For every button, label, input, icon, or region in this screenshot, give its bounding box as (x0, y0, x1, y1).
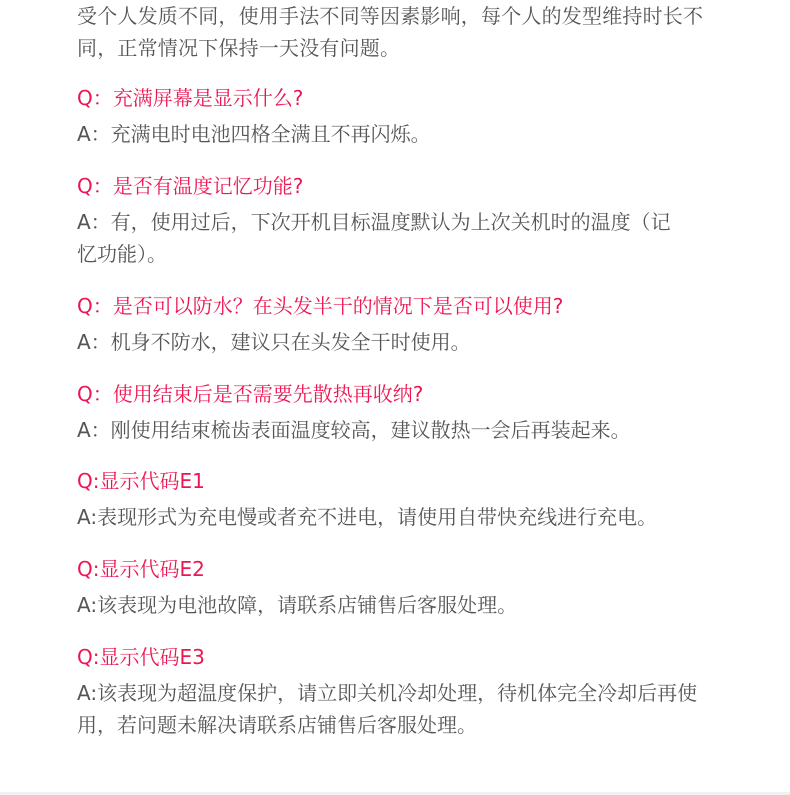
faq-answer: A：机身不防水，建议只在头发全干时使用。 (77, 326, 767, 358)
faq-question: Q：是否有温度记忆功能? (77, 170, 767, 202)
faq-answer: A:该表现为超温度保护，请立即关机冷却处理，待机体完全冷却后再使用，若问题未解决… (77, 677, 717, 741)
faq-item: Q：是否有温度记忆功能? A：有，使用过后，下次开机目标温度默认为上次关机时的温… (77, 170, 767, 270)
faq-question: Q:显示代码E1 (77, 465, 767, 497)
faq-question: Q：是否可以防水？在头发半干的情况下是否可以使用? (77, 290, 767, 322)
faq-question: Q：充满屏幕是显示什么? (77, 82, 767, 114)
faq-item: Q:显示代码E3 A:该表现为超温度保护，请立即关机冷却处理，待机体完全冷却后再… (77, 641, 767, 741)
faq-question: Q:显示代码E2 (77, 553, 767, 585)
faq-answer: A:表现形式为充电慢或者充不进电，请使用自带快充线进行充电。 (77, 501, 767, 533)
intro-paragraph: 受个人发质不同，使用手法不同等因素影响，每个人的发型维持时长不同，正常情况下保持… (77, 0, 727, 64)
faq-answer: A：有，使用过后，下次开机目标温度默认为上次关机时的温度（记忆功能）。 (77, 206, 687, 270)
faq-item: Q：是否可以防水？在头发半干的情况下是否可以使用? A：机身不防水，建议只在头发… (77, 290, 767, 358)
faq-item: Q：使用结束后是否需要先散热再收纳? A：刚使用结束梳齿表面温度较高，建议散热一… (77, 378, 767, 446)
faq-question: Q：使用结束后是否需要先散热再收纳? (77, 378, 767, 410)
faq-answer: A：充满电时电池四格全满且不再闪烁。 (77, 118, 767, 150)
faq-item: Q：充满屏幕是显示什么? A：充满电时电池四格全满且不再闪烁。 (77, 82, 767, 150)
faq-question: Q:显示代码E3 (77, 641, 767, 673)
faq-item: Q:显示代码E1 A:表现形式为充电慢或者充不进电，请使用自带快充线进行充电。 (77, 465, 767, 533)
faq-answer: A:该表现为电池故障，请联系店铺售后客服处理。 (77, 589, 767, 621)
faq-item: Q:显示代码E2 A:该表现为电池故障，请联系店铺售后客服处理。 (77, 553, 767, 621)
faq-answer: A：刚使用结束梳齿表面温度较高，建议散热一会后再装起来。 (77, 414, 767, 446)
